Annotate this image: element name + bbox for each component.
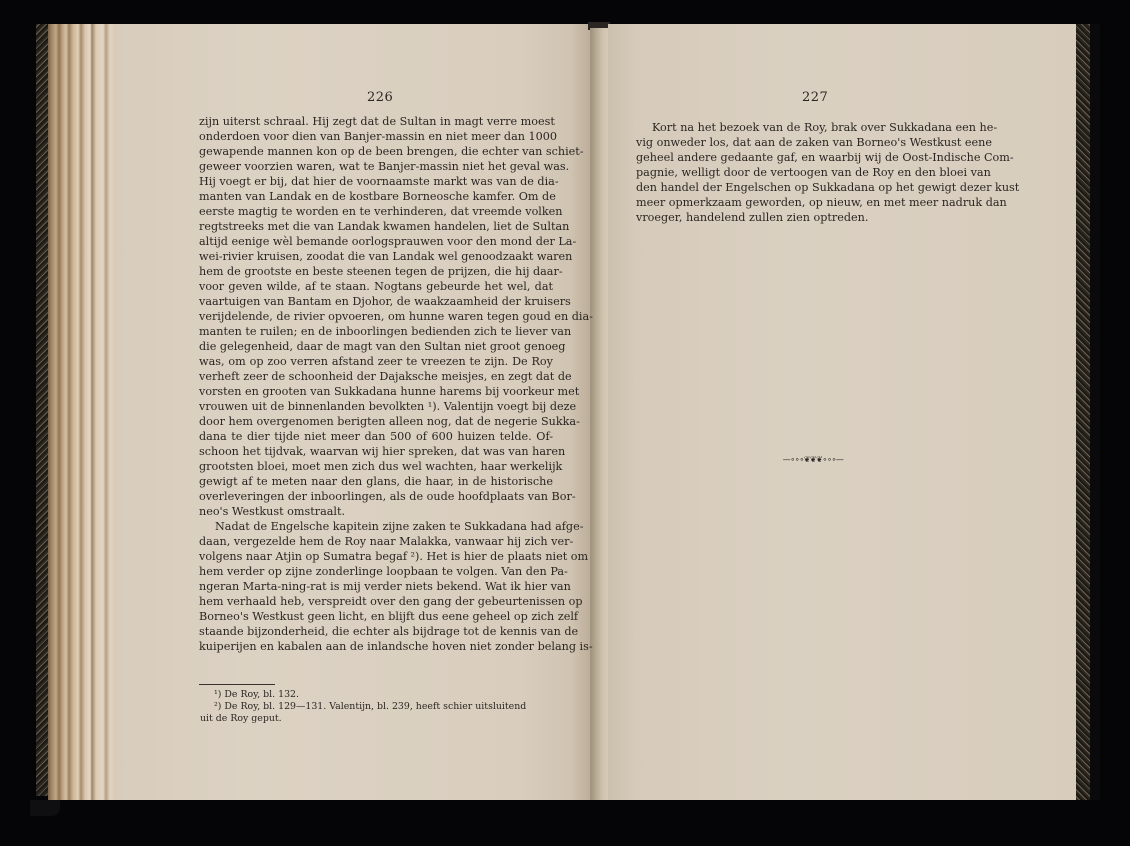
text-line: door hem overgenomen berigten alleen nog… [199, 414, 553, 429]
page-stack-edges [48, 24, 116, 800]
footnotes: ¹) De Roy, bl. 132. ²) De Roy, bl. 129—1… [200, 689, 554, 725]
text-line: Borneo's Westkust geen licht, en blijft … [199, 609, 553, 624]
footnote-2: ²) De Roy, bl. 129—131. Valentijn, bl. 2… [200, 701, 554, 713]
text-line: vrouwen uit de binnenlanden bevolkten ¹)… [199, 399, 553, 414]
text-line: voor geven wilde, af te staan. Nogtans g… [199, 279, 553, 294]
text-line: daan, vergezelde hem de Roy naar Malakka… [199, 534, 553, 549]
text-line: neo's Westkust omstraalt. [199, 504, 553, 519]
text-line: geweer voorzien waren, wat te Banjer-mas… [199, 159, 553, 174]
text-line: hem verhaald heb, verspreidt over den ga… [199, 594, 553, 609]
book-cover-right [1076, 24, 1090, 800]
section-end-ornament: —∘∘∘❦❦❦∘∘∘— [778, 456, 848, 464]
text-line: schoon het tijdvak, waarvan wij hier spr… [199, 444, 553, 459]
text-line: verijdelende, de rivier opvoeren, om hun… [199, 309, 553, 324]
footnote-2-continued: uit de Roy geput. [200, 713, 554, 725]
text-line: eerste magtig te worden en te verhindere… [199, 204, 553, 219]
footnote-1: ¹) De Roy, bl. 132. [200, 689, 554, 701]
text-line: hem de grootste en beste steenen tegen d… [199, 264, 553, 279]
text-line: manten te ruilen; en de inboorlingen bed… [199, 324, 553, 339]
text-line: den handel der Engelschen op Sukkadana o… [636, 180, 990, 195]
text-line: Hij voegt er bij, dat hier de voornaamst… [199, 174, 553, 189]
text-line: dana te dier tijde niet meer dan 500 of … [199, 429, 553, 444]
book-cover-left-corner [30, 800, 60, 816]
text-line: Nadat de Engelsche kapitein zijne zaken … [199, 519, 553, 534]
right-page-number: 227 [802, 90, 828, 105]
text-line: wei-rivier kruisen, zoodat die van Landa… [199, 249, 553, 264]
text-line: vorsten en grooten van Sukkadana hunne h… [199, 384, 553, 399]
text-line: ngeran Marta-ning-rat is mij verder niet… [199, 579, 553, 594]
text-line: die gelegenheid, daar de magt van den Su… [199, 339, 553, 354]
left-page-body: zijn uiterst schraal. Hij zegt dat de Su… [199, 114, 553, 654]
footnote-rule [199, 684, 275, 685]
text-line: vroeger, handelend zullen zien optreden. [636, 210, 990, 225]
text-line: verheft zeer de schoonheid der Dajaksche… [199, 369, 553, 384]
text-line: vaartuigen van Bantam en Djohor, de waak… [199, 294, 553, 309]
text-line: overleveringen der inboorlingen, als de … [199, 489, 553, 504]
text-line: kuiperijen en kabalen aan de inlandsche … [199, 639, 553, 654]
text-line: grootsten bloei, moet men zich dus wel w… [199, 459, 553, 474]
text-line: hem verder op zijne zonderlinge loopbaan… [199, 564, 553, 579]
text-line: staande bijzonderheid, die echter als bi… [199, 624, 553, 639]
text-line: gewigt af te meten naar den glans, die h… [199, 474, 553, 489]
left-page-number: 226 [367, 90, 393, 105]
right-page-body: Kort na het bezoek van de Roy, brak over… [636, 120, 990, 225]
text-line: volgens naar Atjin op Sumatra begaf ²). … [199, 549, 553, 564]
text-line: gewapende mannen kon op de been brengen,… [199, 144, 553, 159]
text-line: manten van Landak en de kostbare Borneos… [199, 189, 553, 204]
text-line: pagnie, welligt door de vertoogen van de… [636, 165, 990, 180]
text-line: zijn uiterst schraal. Hij zegt dat de Su… [199, 114, 553, 129]
text-line: Kort na het bezoek van de Roy, brak over… [636, 120, 990, 135]
text-line: regtstreeks met die van Landak kwamen ha… [199, 219, 553, 234]
text-line: onderdoen voor dien van Banjer-massin en… [199, 129, 553, 144]
text-line: geheel andere gedaante gaf, en waarbij w… [636, 150, 990, 165]
text-line: was, om op zoo verren afstand zeer te vr… [199, 354, 553, 369]
text-line: meer opmerkzaam geworden, op nieuw, en m… [636, 195, 990, 210]
book-cover-right-edge [1090, 24, 1100, 800]
text-line: vig onweder los, dat aan de zaken van Bo… [636, 135, 990, 150]
book-gutter [590, 28, 608, 800]
text-line: altijd eenige wèl bemande oorlogsprauwen… [199, 234, 553, 249]
